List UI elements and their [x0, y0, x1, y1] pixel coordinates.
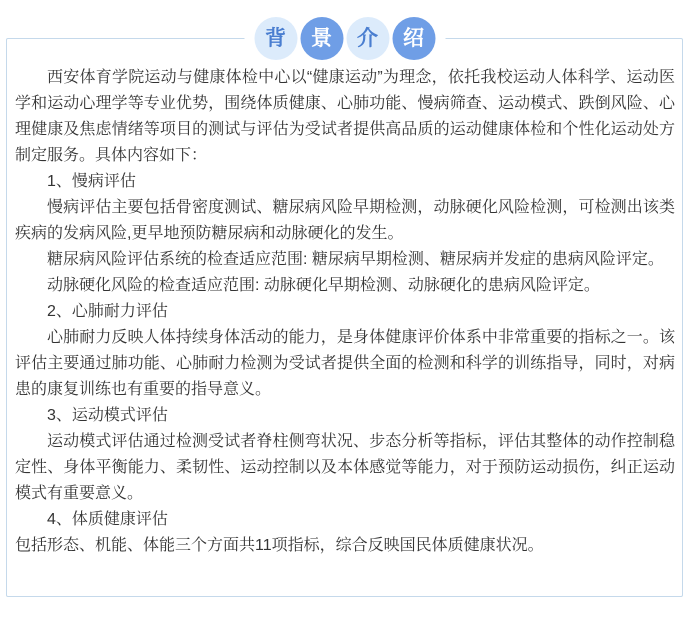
badge-jing: 景 [300, 17, 343, 60]
arteriosclerosis-scope-paragraph: 动脉硬化风险的检查适应范围: 动脉硬化早期检测、动脉硬化的患病风险评定。 [15, 273, 675, 299]
badge-bei: 背 [254, 17, 297, 60]
intro-paragraph: 西安体育学院运动与健康体检中心以“健康运动”为理念，依托我校运动人体科学、运动医… [15, 65, 675, 169]
fitness-paragraph: 包括形态、机能、体能三个方面共11项指标，综合反映国民体质健康状况。 [15, 533, 675, 559]
section-heading-chronic-disease: 1、慢病评估 [15, 169, 675, 195]
background-intro-panel: 背 景 介 绍 西安体育学院运动与健康体检中心以“健康运动”为理念，依托我校运动… [6, 38, 683, 597]
section-title-badges: 背 景 介 绍 [244, 17, 445, 60]
intro-content: 西安体育学院运动与健康体检中心以“健康运动”为理念，依托我校运动人体科学、运动医… [15, 65, 675, 559]
cardio-paragraph: 心肺耐力反映人体持续身体活动的能力，是身体健康评价体系中非常重要的指标之一。该评… [15, 325, 675, 403]
badge-shao: 绍 [392, 17, 435, 60]
section-heading-movement: 3、运动模式评估 [15, 403, 675, 429]
section-heading-cardio: 2、心肺耐力评估 [15, 299, 675, 325]
chronic-disease-paragraph: 慢病评估主要包括骨密度测试、糖尿病风险早期检测，动脉硬化风险检测，可检测出该类疾… [15, 195, 675, 247]
diabetes-scope-paragraph: 糖尿病风险评估系统的检查适应范围: 糖尿病早期检测、糖尿病并发症的患病风险评定。 [15, 247, 675, 273]
movement-paragraph: 运动模式评估通过检测受试者脊柱侧弯状况、步态分析等指标，评估其整体的动作控制稳定… [15, 429, 675, 507]
section-heading-fitness: 4、体质健康评估 [15, 507, 675, 533]
badge-jie: 介 [346, 17, 389, 60]
